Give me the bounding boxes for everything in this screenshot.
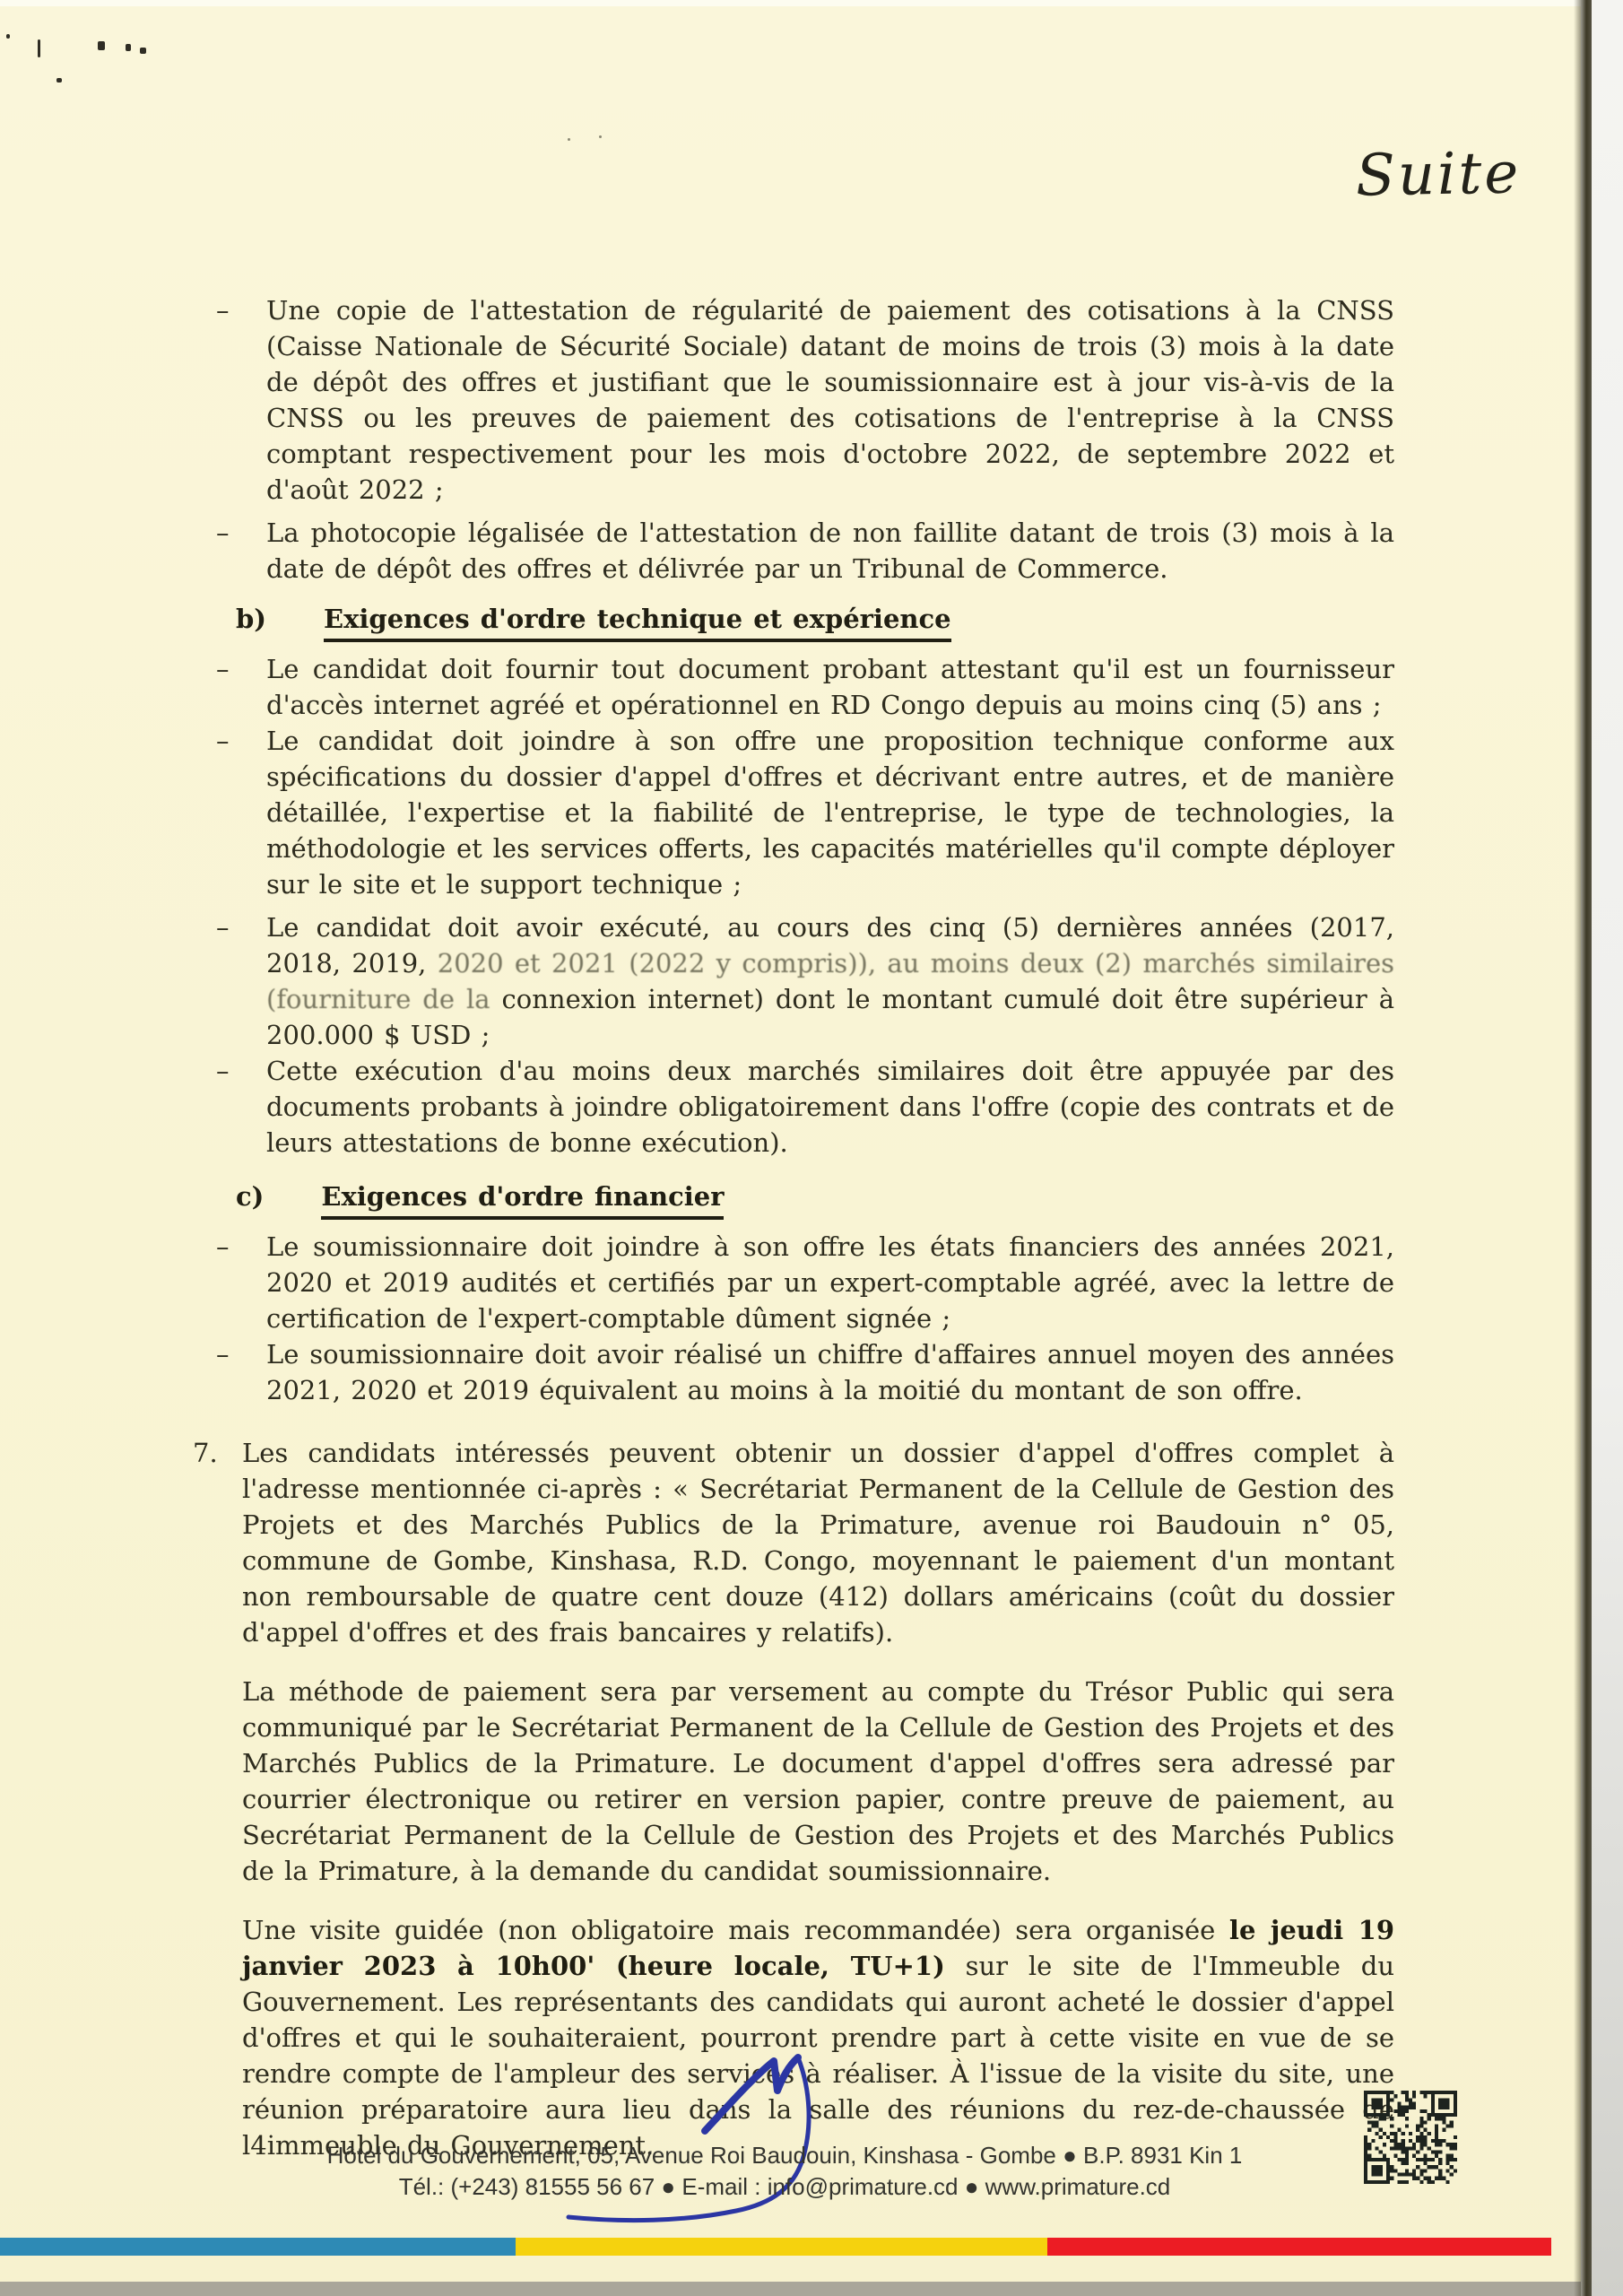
ink-speck bbox=[599, 135, 602, 138]
list-item-text: Le soumissionnaire doit joindre à son of… bbox=[266, 1231, 1394, 1334]
item-number: 7. bbox=[193, 1435, 218, 1471]
dash-marker: – bbox=[216, 1336, 230, 1372]
paragraph-text: Une visite guidée (non obligatoire mais … bbox=[242, 1915, 1229, 1945]
payment-paragraph: La méthode de paiement sera par versemen… bbox=[193, 1674, 1394, 1889]
list-item: – Le soumissionnaire doit avoir réalisé … bbox=[193, 1336, 1394, 1408]
list-item-text: La photocopie légalisée de l'attestation… bbox=[266, 517, 1394, 584]
list-item-text: Le candidat doit joindre à son offre une… bbox=[266, 726, 1394, 900]
footer-contact-line: Tél.: (+243) 81555 56 67 ● E-mail : info… bbox=[193, 2171, 1376, 2203]
list-item: – Cette exécution d'au moins deux marché… bbox=[193, 1053, 1394, 1161]
list-item-text: Cette exécution d'au moins deux marchés … bbox=[266, 1056, 1394, 1158]
dash-marker: – bbox=[216, 1229, 230, 1265]
list-item: – La photocopie légalisée de l'attestati… bbox=[193, 515, 1394, 587]
dash-marker: – bbox=[216, 909, 230, 945]
paper-right-edge-shadow bbox=[1574, 0, 1592, 2296]
visit-paragraph: Une visite guidée (non obligatoire mais … bbox=[193, 1912, 1394, 2163]
scanner-bottom-strip bbox=[0, 2282, 1581, 2296]
section-label: c) bbox=[236, 1181, 264, 1212]
list-item: – Le soumissionnaire doit joindre à son … bbox=[193, 1229, 1394, 1336]
ink-speck bbox=[126, 44, 131, 51]
scanned-document-page: Suite – Une copie de l'attestation de ré… bbox=[0, 0, 1623, 2296]
item-text: Les candidats intéressés peuvent obtenir… bbox=[242, 1438, 1394, 1648]
ink-speck bbox=[6, 34, 10, 39]
list-item: – Une copie de l'attestation de régulari… bbox=[193, 292, 1394, 508]
dash-marker: – bbox=[216, 723, 230, 759]
list-item: – Le candidat doit fournir tout document… bbox=[193, 651, 1394, 723]
list-item: – Le candidat doit avoir exécuté, au cou… bbox=[193, 909, 1394, 1053]
paragraph-text: La méthode de paiement sera par versemen… bbox=[242, 1676, 1394, 1886]
list-item-text: Le soumissionnaire doit avoir réalisé un… bbox=[266, 1339, 1394, 1405]
footer: Hôtel du Gouvernement, 05, Avenue Roi Ba… bbox=[193, 2140, 1376, 2203]
ink-speck bbox=[56, 78, 62, 83]
section-heading-b: b)Exigences d'ordre technique et expérie… bbox=[236, 601, 1394, 642]
continuation-label: Suite bbox=[1355, 140, 1521, 209]
dash-marker: – bbox=[216, 1053, 230, 1089]
document-body: – Une copie de l'attestation de régulari… bbox=[193, 292, 1394, 2163]
section-title: Exigences d'ordre technique et expérienc… bbox=[324, 601, 951, 642]
ink-speck bbox=[140, 48, 146, 54]
flag-bar-blue bbox=[0, 2238, 516, 2256]
section-label: b) bbox=[236, 604, 266, 634]
paragraph-text: sur le site de l'Immeuble du Gouvernemen… bbox=[242, 1951, 1394, 2161]
ink-speck bbox=[568, 138, 570, 141]
ink-speck bbox=[38, 39, 40, 57]
ink-speck bbox=[98, 41, 105, 50]
flag-bar-yellow bbox=[516, 2238, 1047, 2256]
scanner-background bbox=[1592, 0, 1623, 2296]
list-item: – Le candidat doit joindre à son offre u… bbox=[193, 723, 1394, 902]
dash-marker: – bbox=[216, 515, 230, 551]
scan-top-edge bbox=[0, 0, 1581, 6]
footer-address-line: Hôtel du Gouvernement, 05, Avenue Roi Ba… bbox=[193, 2140, 1376, 2171]
list-item-text: Une copie de l'attestation de régularité… bbox=[266, 295, 1394, 505]
qr-code bbox=[1364, 2091, 1457, 2184]
numbered-item-7: 7. Les candidats intéressés peuvent obte… bbox=[193, 1435, 1394, 1650]
section-title: Exigences d'ordre financier bbox=[321, 1178, 724, 1220]
section-heading-c: c)Exigences d'ordre financier bbox=[236, 1178, 1394, 1220]
list-item-text: Le candidat doit fournir tout document p… bbox=[266, 654, 1394, 720]
dash-marker: – bbox=[216, 651, 230, 687]
flag-bar-red bbox=[1047, 2238, 1551, 2256]
dash-marker: – bbox=[216, 292, 230, 328]
